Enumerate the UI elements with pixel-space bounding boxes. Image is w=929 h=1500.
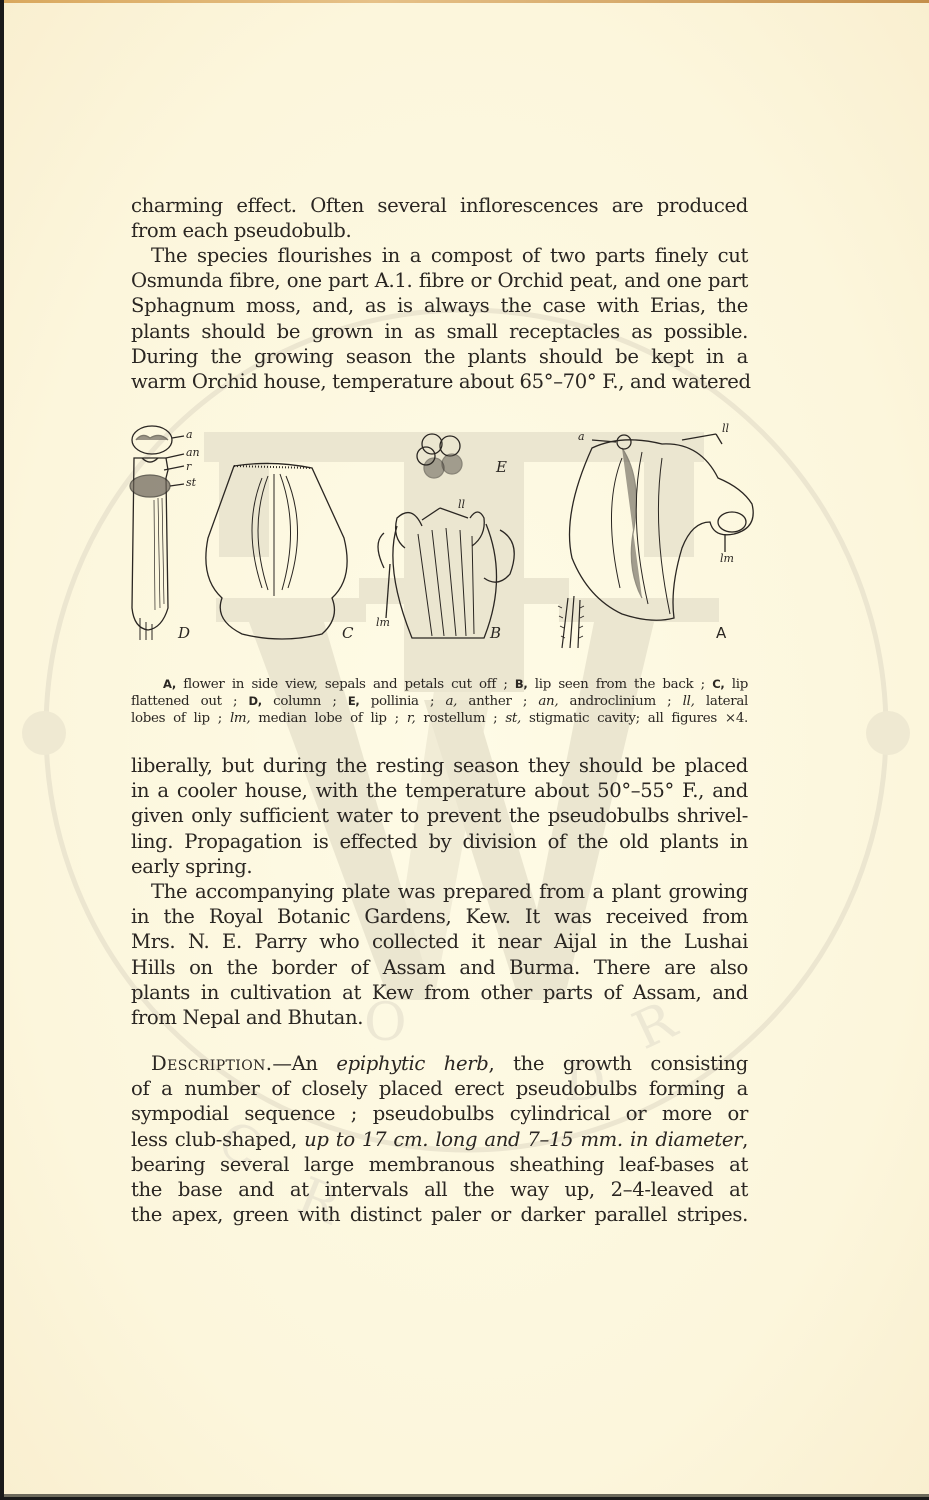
figure-label-b: B [490, 624, 501, 642]
caption-line: flattened out ; D, column ; E, pollinia … [131, 693, 748, 710]
paragraph-intro: charming effect. Often several infloresc… [131, 193, 748, 243]
figure-label-a: A [716, 624, 726, 642]
label-rostellum: r [186, 460, 191, 473]
label-lateral-lobes-a: ll [722, 422, 729, 435]
label-anther-a: a [578, 430, 585, 443]
text-line: Mrs. N. E. Parry who collected it near A… [131, 929, 748, 954]
document-page: C R O D R charming effect. Often several… [4, 0, 929, 1497]
caption-line: lobes of lip ; lm, median lobe of lip ; … [131, 710, 748, 727]
label-androclinium: an [186, 446, 200, 459]
label-anther: a [186, 428, 193, 441]
caption-line: A, flower in side view, sepals and petal… [131, 676, 748, 693]
paragraph-description: Description.—An epiphytic herb, the grow… [131, 1051, 748, 1227]
text-line: plants should be grown in as small recep… [131, 319, 748, 344]
text-line: ling. Propagation is effected by divisio… [131, 829, 748, 854]
text-line: plants in cultivation at Kew from other … [131, 980, 748, 1005]
text-line: Sphagnum moss, and, as is always the cas… [131, 293, 748, 318]
text-line: During the growing season the plants sho… [131, 344, 748, 369]
text-line: bearing several large membranous sheathi… [131, 1152, 748, 1177]
text-line: The accompanying plate was prepared from… [131, 879, 748, 904]
label-median-lobe-a: lm [720, 552, 734, 565]
text-line: in a cooler house, with the temperature … [131, 778, 748, 803]
text-line: The species flourishes in a compost of t… [131, 243, 748, 268]
text-line: in the Royal Botanic Gardens, Kew. It wa… [131, 904, 748, 929]
figure-caption: A, flower in side view, sepals and petal… [131, 676, 748, 727]
text-line: from each pseudobulb. [131, 218, 748, 243]
figure-label-c: C [342, 624, 353, 642]
text-line: the base and at intervals all the way up… [131, 1177, 748, 1202]
text-line: Description.—An epiphytic herb, the grow… [131, 1051, 748, 1076]
paragraph-compost: The species flourishes in a compost of t… [131, 243, 748, 394]
page-bottom-edge [4, 1494, 929, 1497]
page-top-edge [4, 0, 929, 3]
text-line: given only sufficient water to prevent t… [131, 803, 748, 828]
label-stigmatic-cavity: st [186, 476, 196, 489]
text-line: less club-shaped, up to 17 cm. long and … [131, 1127, 748, 1152]
figure-label-e: E [496, 458, 507, 476]
text-line: Osmunda fibre, one part A.1. fibre or Or… [131, 268, 748, 293]
text-line: early spring. [131, 854, 748, 879]
figure-label-d: D [178, 624, 190, 642]
text-line: of a number of closely placed erect pseu… [131, 1076, 748, 1101]
paragraph-plate-origin: The accompanying plate was prepared from… [131, 879, 748, 1030]
label-lateral-lobes-b: ll [458, 498, 465, 511]
paragraph-resting-season: liberally, but during the resting season… [131, 753, 748, 879]
text-line: Hills on the border of Assam and Burma. … [131, 955, 748, 980]
orchid-illustration-icon [122, 418, 762, 650]
text-line: sympodial sequence ; pseudobulbs cylindr… [131, 1101, 748, 1126]
text-line: liberally, but during the resting season… [131, 753, 748, 778]
text-line: the apex, green with distinct paler or d… [131, 1202, 748, 1227]
label-median-lobe-b: lm [376, 616, 390, 629]
botanical-figure: a an r st ll lm a ll lm D C E B A [122, 418, 762, 650]
text-line: warm Orchid house, temperature about 65°… [131, 369, 748, 394]
description-heading: Description. [151, 1052, 272, 1075]
text-line: charming effect. Often several infloresc… [131, 193, 748, 218]
text-line: from Nepal and Bhutan. [131, 1005, 748, 1030]
